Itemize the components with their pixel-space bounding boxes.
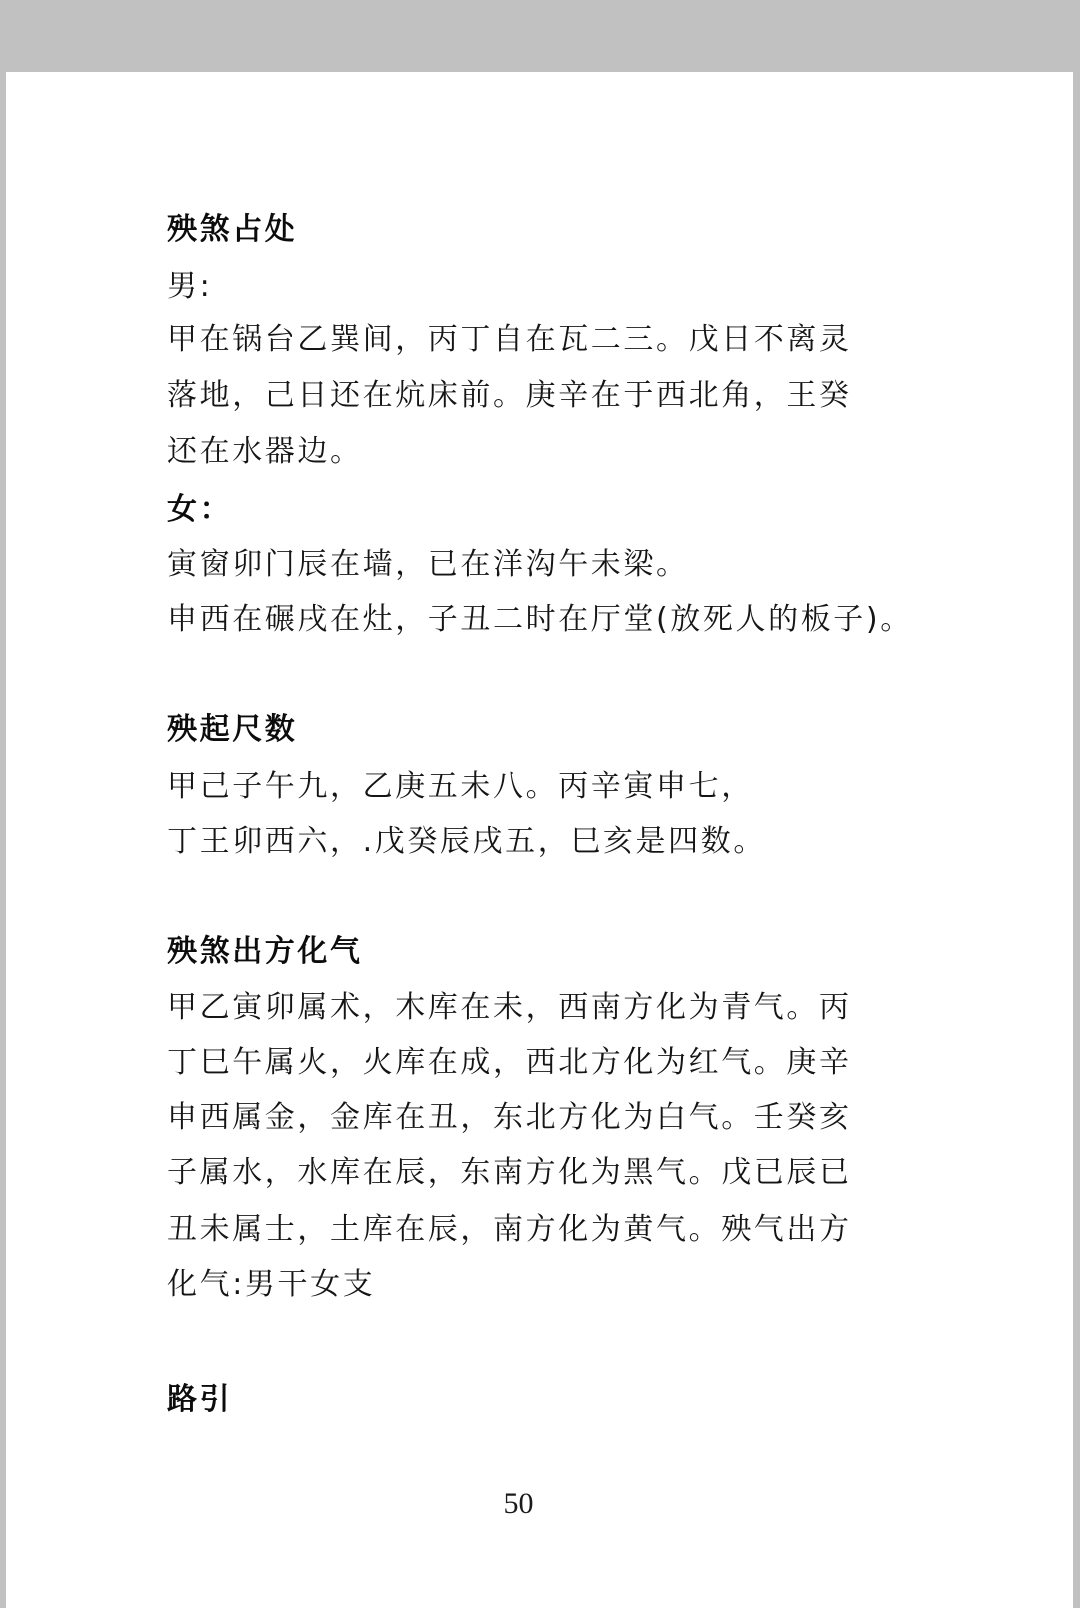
document-page: 殃煞占处 男: 甲在锅台乙巽间，丙丁自在瓦二三。戊日不离灵 落地，己日还在炕床前… [6,72,1073,1608]
paragraph-line: 男: [167,269,212,305]
section-heading: 殃煞出方化气 [167,934,363,970]
section-heading: 殃起尺数 [167,712,297,748]
section-heading: 殃煞占处 [167,212,297,248]
paragraph-line: 申西属金，金库在丑，东北方化为白气。壬癸亥 [167,1100,852,1136]
subheading: 女： [167,492,232,528]
paragraph-line: 申西在碾戌在灶，子丑二时在厅堂(放死人的板子)。 [167,602,913,638]
paragraph-line: 甲乙寅卯属术，木库在未，西南方化为青气。丙 [167,990,852,1026]
paragraph-line: 子属水，水库在辰，东南方化为黑气。戊已辰已 [167,1155,852,1191]
paragraph-line: 甲己子午九，乙庚五未八。丙辛寅申七， [167,769,754,805]
paragraph-line: 还在水器边。 [167,434,363,470]
paragraph-line: 丁巳午属火，火库在成，西北方化为红气。庚辛 [167,1045,852,1081]
paragraph-line: 丑未属士，土库在辰，南方化为黄气。殃气出方 [167,1212,852,1248]
paragraph-line: 甲在锅台乙巽间，丙丁自在瓦二三。戊日不离灵 [167,322,852,358]
viewer-top-bar [0,0,1080,72]
paragraph-line: 丁王卯西六，.戊癸辰戌五，巳亥是四数。 [167,824,766,860]
paragraph-line: 化气:男干女支 [167,1267,375,1303]
section-heading: 路引 [167,1382,232,1418]
paragraph-line: 落地，己日还在炕床前。庚辛在于西北角，王癸 [167,378,852,414]
paragraph-line: 寅窗卯门辰在墙，已在洋沟午未梁。 [167,547,689,583]
page-number: 50 [496,1487,541,1521]
